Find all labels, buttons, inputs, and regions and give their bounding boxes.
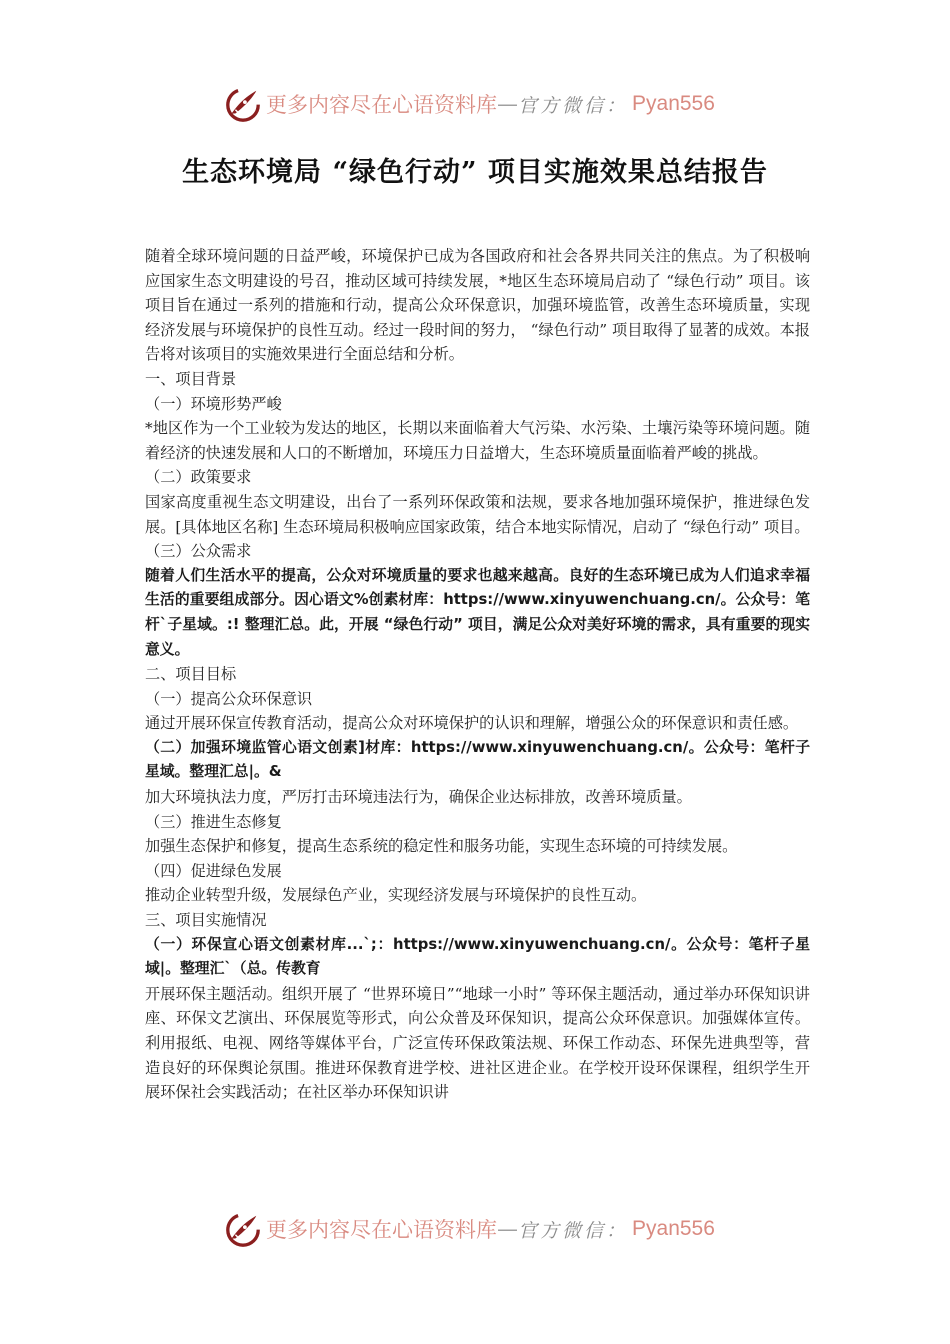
body-paragraph: 加大环境执法力度，严厉打击环境违法行为，确保企业达标排放，改善环境质量。 xyxy=(145,785,810,810)
body-paragraph: 通过开展环保宣传教育活动，提高公众对环境保护的认识和理解，增强公众的环保意识和责… xyxy=(145,711,810,736)
banner-dash: — xyxy=(497,92,518,116)
banner-main-text: 更多内容尽在心语资料库 xyxy=(266,89,497,119)
banner-wechat-label: 官方微信： xyxy=(518,91,628,118)
section-heading-1: 一、项目背景 xyxy=(145,367,810,392)
subsection-heading: （三）公众需求 xyxy=(145,539,810,564)
header-watermark-banner: 更多内容尽在心语资料库 — 官方微信： Pyan556 xyxy=(224,82,724,126)
quill-pen-logo-icon xyxy=(224,1210,262,1248)
subsection-heading: （四）促进绿色发展 xyxy=(145,859,810,884)
document-body: 随着全球环境问题的日益严峻，环境保护已成为各国政府和社会各界共同关注的焦点。为了… xyxy=(145,244,810,1105)
section-heading-2: 二、项目目标 xyxy=(145,662,810,687)
watermarked-subsection-heading: （一）环保宣心语文创素材库...`;：https://www.xinyuwenc… xyxy=(145,933,810,982)
body-paragraph: *地区作为一个工业较为发达的地区，长期以来面临着大气污染、水污染、土壤污染等环境… xyxy=(145,416,810,465)
banner-wechat-id: Pyan556 xyxy=(632,1217,715,1241)
section-heading-3: 三、项目实施情况 xyxy=(145,908,810,933)
subsection-heading: （一）环境形势严峻 xyxy=(145,392,810,417)
body-paragraph: 推动企业转型升级，发展绿色产业，实现经济发展与环境保护的良性互动。 xyxy=(145,883,810,908)
subsection-heading: （三）推进生态修复 xyxy=(145,810,810,835)
banner-dash: — xyxy=(497,1217,518,1241)
banner-wechat-id: Pyan556 xyxy=(632,92,715,116)
banner-main-text: 更多内容尽在心语资料库 xyxy=(266,1214,497,1244)
body-paragraph: 开展环保主题活动。组织开展了 “世界环境日”“地球一小时” 等环保主题活动，通过… xyxy=(145,982,810,1105)
banner-wechat-label: 官方微信： xyxy=(518,1216,628,1243)
watermarked-subsection-heading: （二）加强环境监管心语文创素]材库：https://www.xinyuwench… xyxy=(145,736,810,785)
body-paragraph: 国家高度重视生态文明建设，出台了一系列环保政策和法规，要求各地加强环境保护，推进… xyxy=(145,490,810,539)
subsection-heading: （二）政策要求 xyxy=(145,465,810,490)
footer-watermark-banner: 更多内容尽在心语资料库 — 官方微信： Pyan556 xyxy=(224,1207,724,1251)
quill-pen-logo-icon xyxy=(224,85,262,123)
watermarked-paragraph: 随着人们生活水平的提高，公众对环境质量的要求也越来越高。良好的生态环境已成为人们… xyxy=(145,564,810,662)
body-paragraph: 加强生态保护和修复，提高生态系统的稳定性和服务功能，实现生态环境的可持续发展。 xyxy=(145,834,810,859)
intro-paragraph: 随着全球环境问题的日益严峻，环境保护已成为各国政府和社会各界共同关注的焦点。为了… xyxy=(145,244,810,367)
document-title: 生态环境局 “绿色行动” 项目实施效果总结报告 xyxy=(0,150,950,189)
subsection-heading: （一）提高公众环保意识 xyxy=(145,687,810,712)
